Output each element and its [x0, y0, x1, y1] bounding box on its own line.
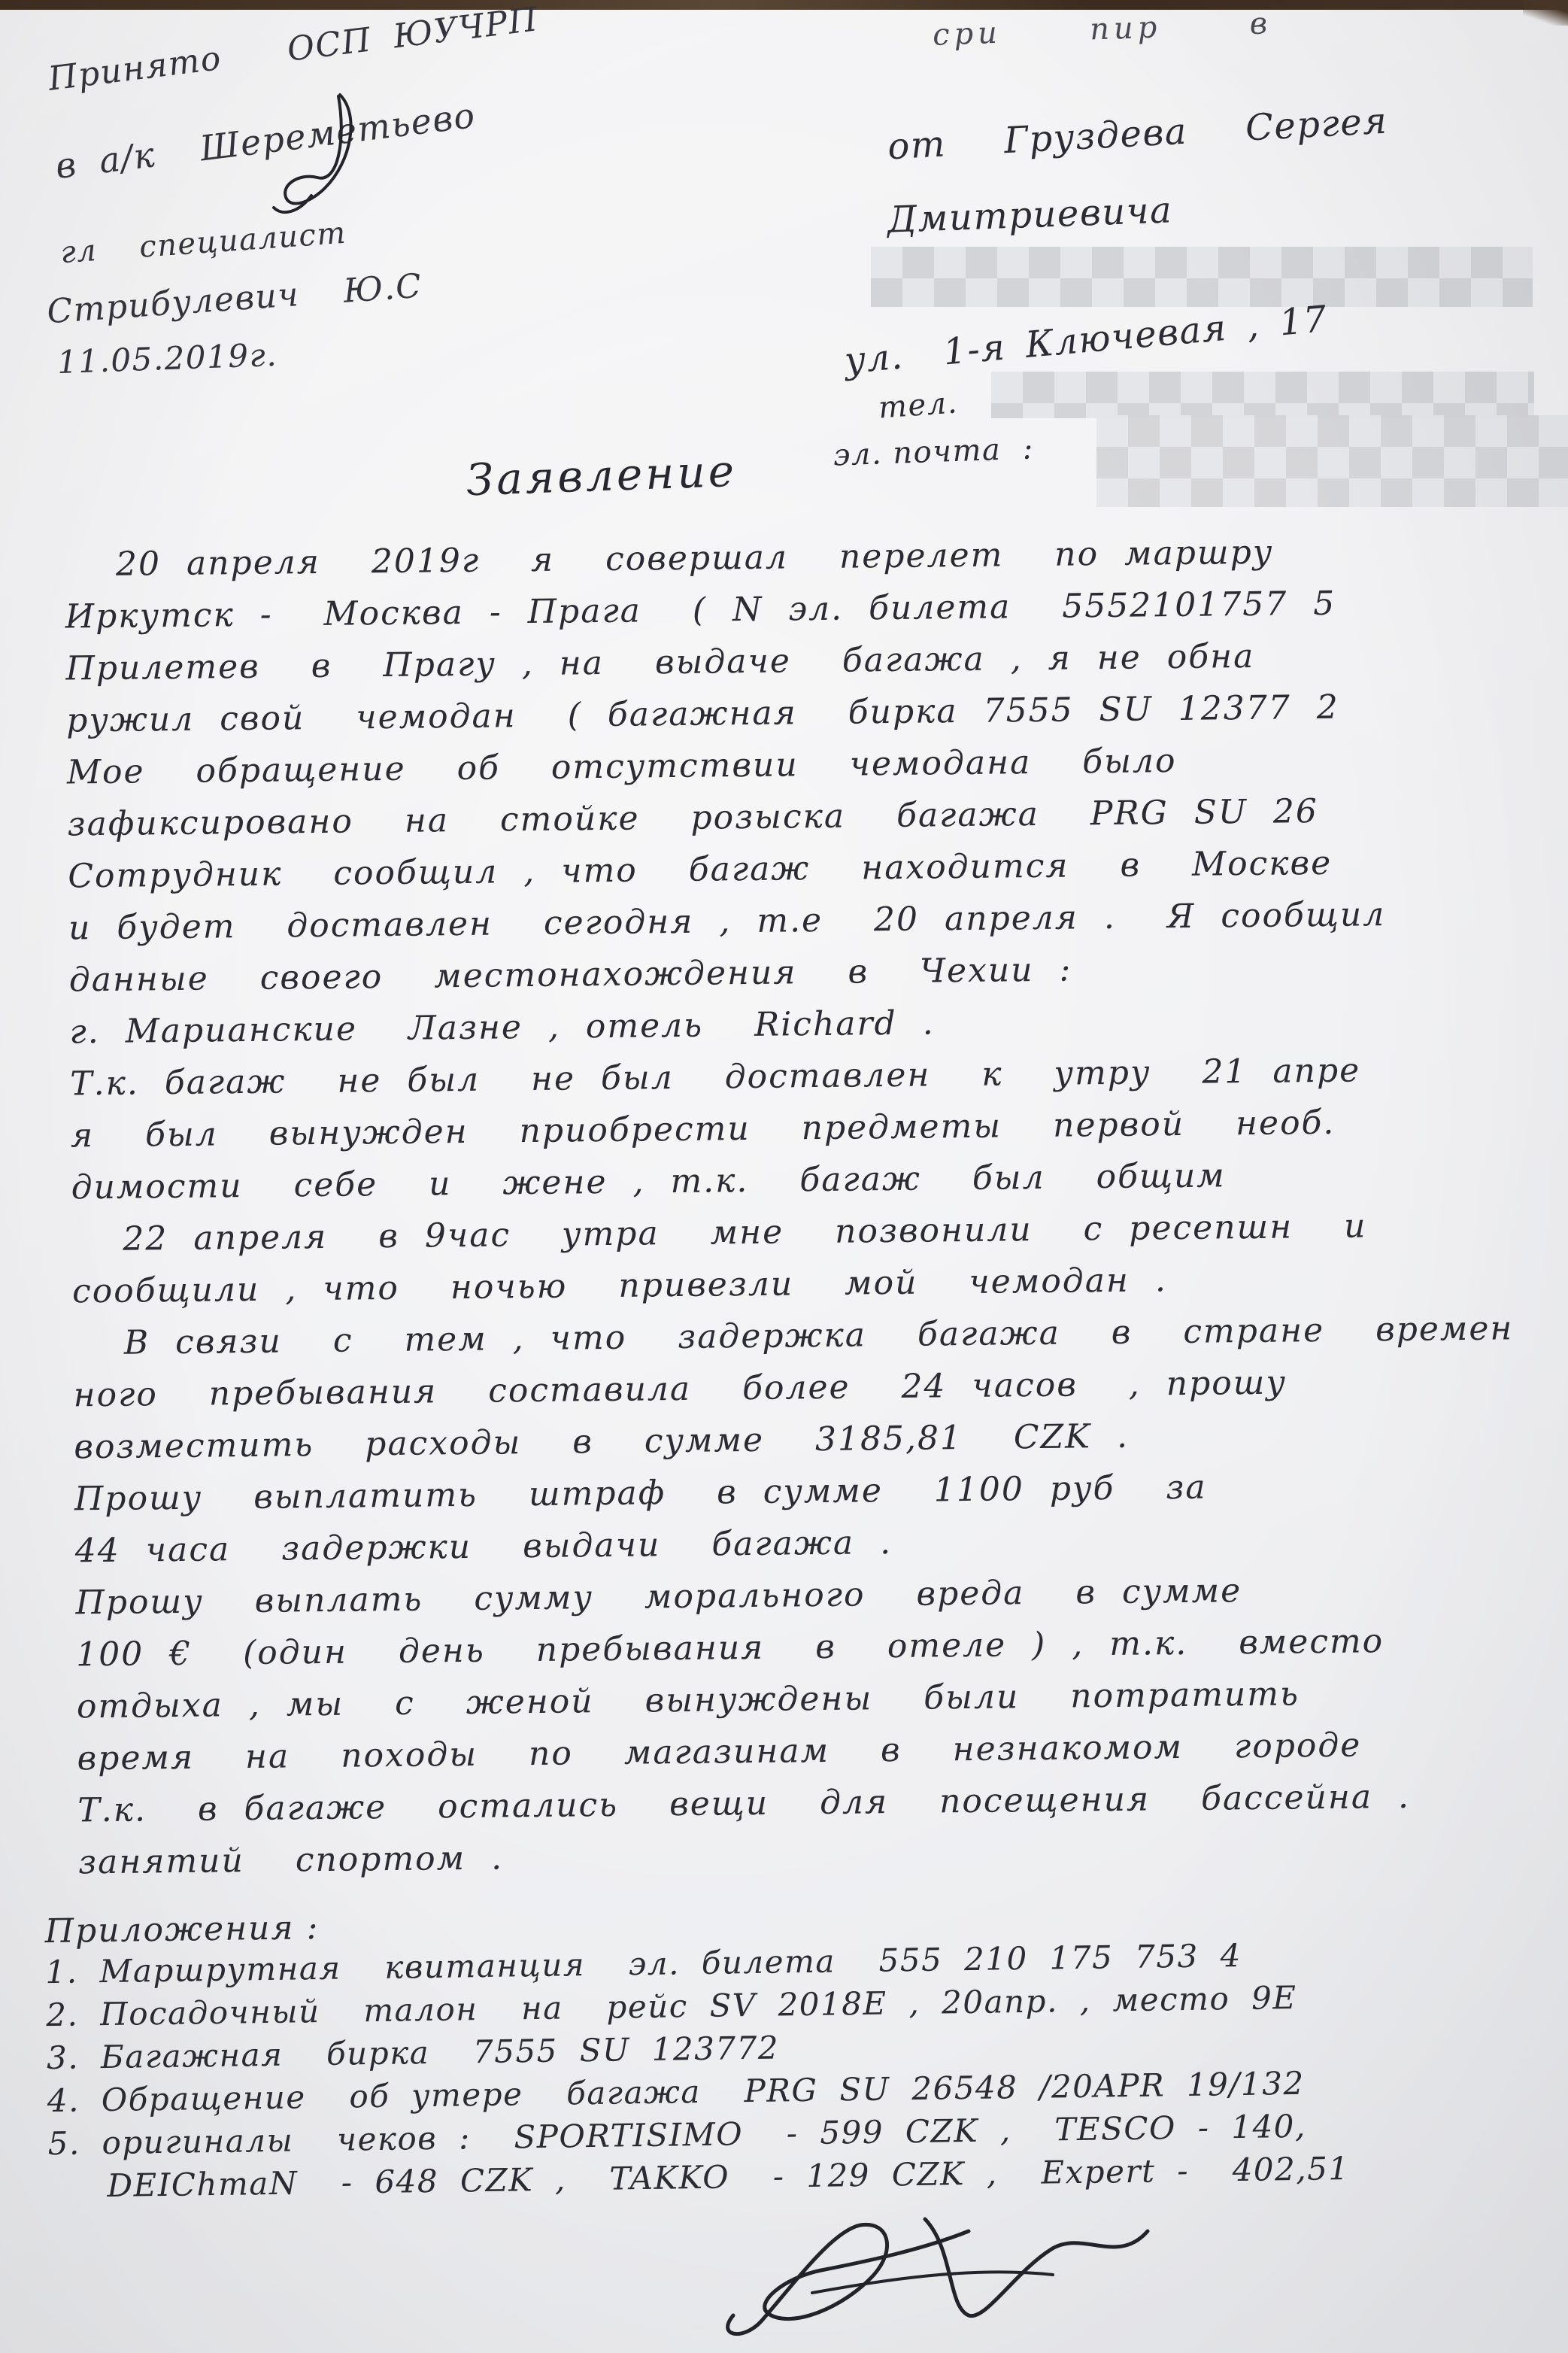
stamp-accepted-line: Принято ОСП ЮУЧРП [46, 0, 540, 99]
redacted-email-block [1096, 415, 1568, 507]
attachments-list: 1. Маршрутная квитанция эл. билета 555 2… [45, 1929, 1568, 2208]
handwritten-application-page: Принято ОСП ЮУЧРП в а/к Шереметьево гл с… [0, 0, 1568, 2353]
sender-cutoff-fragment: сри пир в [932, 6, 1272, 53]
stamp-signature-flourish [265, 89, 378, 227]
redacted-phone-block [991, 372, 1534, 418]
document-title: Заявление [466, 445, 738, 506]
redacted-address-block [871, 247, 1533, 307]
email-label: эл. почта : [833, 431, 1034, 472]
sender-street-line: ул. 1-я Ключевая , 17 [843, 298, 1330, 382]
stamp-specialist-name: Стрибулевич Ю.С [46, 267, 423, 332]
photo-top-edge [0, 0, 1568, 10]
stamp-date: 11.05.2019г. [56, 336, 278, 381]
attachments-section: Приложения : 1. Маршрутная квитанция эл.… [44, 1891, 1568, 2208]
applicant-signature [699, 2203, 1166, 2348]
phone-label: тел. [878, 385, 960, 425]
sender-name-line2: Дмитриевича [887, 189, 1173, 241]
sender-name-line1: от Груздева Сергея [887, 100, 1389, 169]
body-text: 20 апреля 2019г я совершал перелет по ма… [65, 524, 1568, 1889]
photo-corner-edge [1523, 0, 1568, 26]
